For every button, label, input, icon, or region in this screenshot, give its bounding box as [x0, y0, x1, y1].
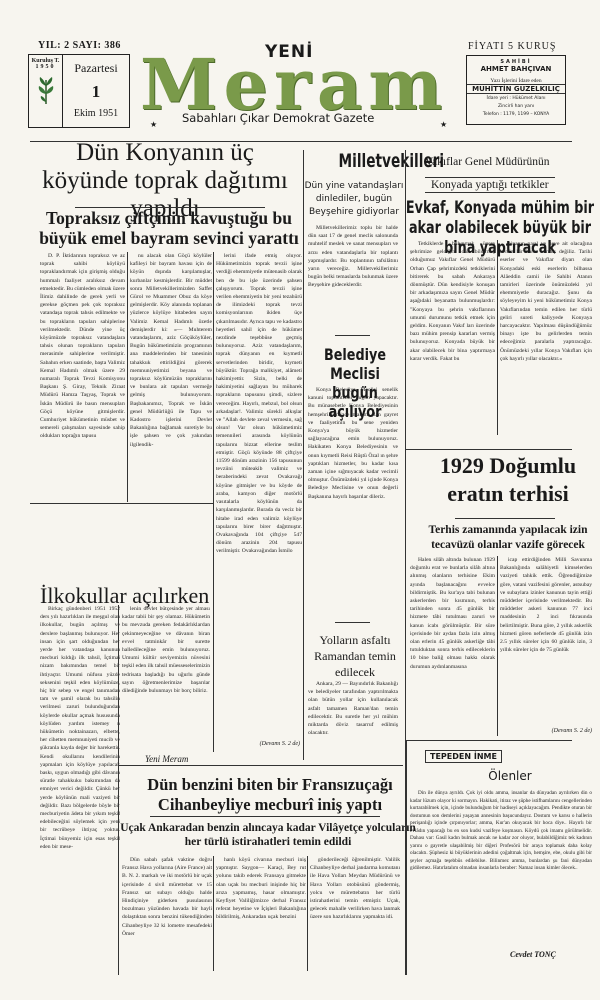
day-number: 1	[63, 82, 129, 102]
divider	[30, 503, 213, 504]
column-label-tepeden-inme: TEPEDEN İNME	[425, 750, 502, 763]
divider	[335, 335, 370, 336]
column-rule	[497, 556, 498, 736]
headline-milletvekilleri: Milletvekilleri	[318, 150, 408, 173]
divider	[150, 816, 380, 817]
benzin-col-2: hanlı köyü civarına mecburi iniş yapmışt…	[216, 856, 306, 971]
owner-box: SAHİBİ AHMET BAHÇIVAN Yazı İşlerini İdar…	[466, 55, 566, 125]
divider	[118, 765, 403, 766]
divider	[405, 449, 572, 450]
headline-olenler: Ölenler	[425, 769, 595, 783]
divider	[405, 740, 572, 741]
kicker-vakiflar-1: Vakıflar Genel Müdürünün	[425, 156, 550, 168]
star-icon: ★	[440, 114, 447, 132]
benzin-col-3: gönderileceği öğrenilmiştir. Valilik Cih…	[310, 856, 400, 971]
address-line-3: Telefon : 1179, 1199 – KONYA	[467, 112, 565, 118]
column-rule	[118, 605, 119, 975]
column-rule	[497, 240, 498, 435]
column-rule	[307, 856, 308, 971]
subheadline-milletvekilleri: Dün yine vatandaşları dinlediler, bugün …	[304, 180, 404, 219]
kicker-vakiflar-2: Konyada yaptığı tetkikler	[425, 177, 555, 193]
year-issue: YIL: 2 SAYI: 386	[38, 40, 121, 51]
divider	[455, 518, 555, 519]
belediye-body: Konya Belediye Meclisi senelik kanuni to…	[308, 386, 398, 616]
column-rule	[213, 252, 214, 752]
ilkokullar-col-1: Birkaç gündenberi 1951 1952 ders yılı ha…	[40, 605, 120, 975]
author-cevdet-tonc: Cevdet TONÇ	[510, 950, 556, 959]
owner-name: AHMET BAHÇIVAN	[467, 65, 565, 73]
yollar-body: Ankara, 29 — Bayındırlık Bakanlığı ve be…	[308, 680, 398, 765]
editor-name: MUHİTTİN GÜZELKILIÇ	[467, 84, 565, 94]
headline-terhis: 1929 Doğumlu eratın terhisi	[418, 452, 598, 508]
address-line-2: Zincirli han yanı	[467, 104, 565, 110]
divider	[335, 622, 370, 623]
founded-panel: Kuruluş T. 1950	[29, 55, 63, 127]
land-col-3: lerini ifade etmiş oluyor. Hükümetimizin…	[216, 252, 302, 742]
column-rule	[213, 856, 214, 971]
founded-year: 1950	[29, 64, 62, 70]
address-line-1: İdare yeri : Hükümet Alanı	[467, 96, 565, 102]
wheat-leaf-icon	[37, 76, 55, 106]
divider	[300, 141, 572, 142]
column-rule	[127, 252, 128, 502]
headline-benzin: Dün benzini biten bir Fransızuçağı Cihan…	[120, 775, 420, 815]
price: FİYATI 5 KURUŞ	[468, 41, 556, 52]
column-rule	[405, 740, 407, 975]
date-panel: Pazartesi 1 Ekim 1951	[63, 55, 129, 127]
ilkokullar-col-2: lenin devlet bütçesinde yer alması kadar…	[122, 605, 210, 715]
vakiflar-col-1: Tetkiklerde bulunmak üzere şehrimize gel…	[410, 240, 495, 435]
headline-yollar: Yolların asfaltı Ramandan temin edilecek	[305, 632, 405, 680]
subheadline-land: Topraksız çiftçinin kavuştuğu bu büyük e…	[38, 208, 300, 248]
column-rule	[303, 150, 304, 760]
land-col-2: nu alacak olan Göçü köylüler kafileyi bi…	[130, 252, 212, 502]
masthead-subtitle: Sabahları Çıkar Demokrat Gazete	[182, 111, 374, 125]
date-box: Kuruluş T. 1950 Pazartesi 1 Ekim 1951	[28, 54, 130, 128]
terhis-col-1: Halen silâh altında bulunan 1929 doğumlu…	[410, 556, 495, 736]
milletvekilleri-body: Milletvekillerimiz toplu bir halde dün s…	[308, 224, 398, 329]
masthead-title: Meram	[140, 50, 448, 120]
terhis-col-2: icap ettirdiğinden Milli Savunma Bakanlı…	[500, 556, 592, 728]
vakiflar-col-2: binanın nasıl ve neye ait olacağına henü…	[500, 240, 592, 435]
subheadline-terhis: Terhis zamanında yapılacak izin tecavüzü…	[418, 523, 598, 553]
tepeden-inme-body: Din ile dünya ayrıldı. Çok iyi oldu amma…	[410, 790, 592, 948]
land-col-1: D. P. İktidarının topraksız ve az toprak…	[40, 252, 125, 502]
continued-land: (Devamı S. 2 de)	[220, 741, 300, 747]
benzin-col-1: Dün sabah şafak vaktine doğru Fransız Ha…	[122, 856, 212, 971]
month-year: Ekim 1951	[63, 108, 129, 119]
continued-terhis: (Devamı S. 2 de)	[510, 728, 592, 734]
signature-yeni-meram: Yeni Meram	[145, 754, 188, 764]
star-icon: ★	[150, 114, 157, 132]
weekday: Pazartesi	[63, 61, 129, 76]
subheadline-benzin: Uçak Ankaradan benzin alıncaya kadar Vil…	[118, 821, 418, 849]
